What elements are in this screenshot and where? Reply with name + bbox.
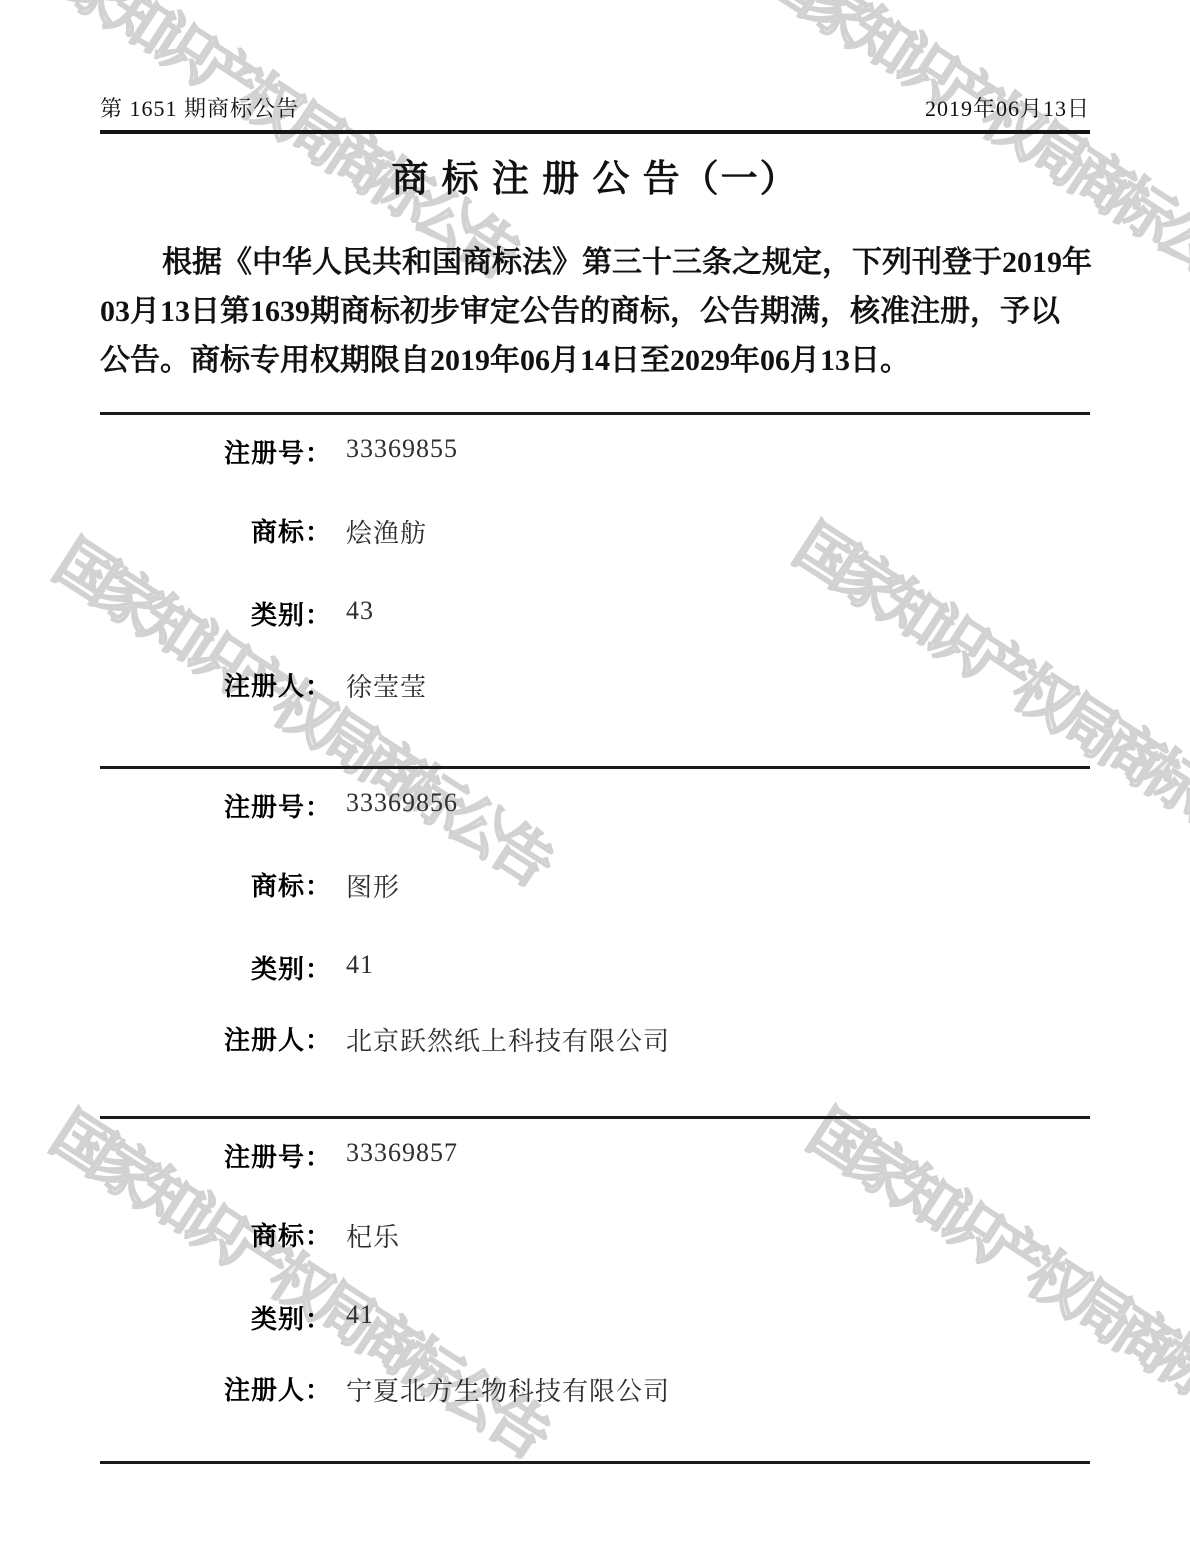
reg-no-value: 33369856 — [346, 788, 458, 818]
trademark-record: 注册号： 33369856 商标： 图形 类别： 41 注册人： 北京跃然纸上科… — [100, 767, 1090, 1115]
field-row: 注册号： 33369857 — [100, 1137, 1090, 1171]
trademark-record: 注册号： 33369855 商标： 烩渔舫 类别： 43 注册人： 徐莹莹 — [100, 413, 1090, 761]
field-row: 商标： 图形 — [100, 866, 1090, 900]
field-label-trademark: 商标： — [100, 866, 332, 903]
trademark-value: 图形 — [346, 867, 400, 904]
registrant-value: 徐莹莹 — [346, 667, 427, 704]
field-label-reg-no: 注册号： — [100, 1137, 332, 1174]
field-label-category: 类别： — [100, 1299, 332, 1336]
intro-line: 根据《中华人民共和国商标法》第三十三条之规定，下列刊登于2019年 — [100, 238, 1092, 287]
field-row: 类别： 43 — [100, 595, 1090, 629]
field-row: 注册人： 徐莹莹 — [100, 666, 1090, 700]
header-rule — [100, 130, 1090, 134]
field-label-trademark: 商标： — [100, 512, 332, 549]
field-row: 注册人： 宁夏北方生物科技有限公司 — [100, 1370, 1090, 1404]
registrant-value: 北京跃然纸上科技有限公司 — [346, 1021, 670, 1058]
trademark-value: 杞乐 — [346, 1217, 400, 1254]
field-label-category: 类别： — [100, 949, 332, 986]
field-label-reg-no: 注册号： — [100, 787, 332, 824]
gazette-issue-label: 第 1651 期商标公告 — [100, 92, 299, 123]
category-value: 41 — [346, 1300, 374, 1330]
field-row: 类别： 41 — [100, 949, 1090, 983]
field-label-registrant: 注册人： — [100, 1020, 332, 1057]
category-value: 41 — [346, 950, 374, 980]
registrant-value: 宁夏北方生物科技有限公司 — [346, 1371, 670, 1408]
field-row: 类别： 41 — [100, 1299, 1090, 1333]
trademark-value: 烩渔舫 — [346, 513, 427, 550]
gazette-date: 2019年06月13日 — [925, 92, 1090, 123]
field-row: 注册号： 33369855 — [100, 433, 1090, 467]
page-title: 商 标 注 册 公 告（一） — [0, 148, 1190, 202]
field-row: 商标： 杞乐 — [100, 1216, 1090, 1250]
category-value: 43 — [346, 596, 374, 626]
field-label-category: 类别： — [100, 595, 332, 632]
intro-paragraph: 根据《中华人民共和国商标法》第三十三条之规定，下列刊登于2019年 03月13日… — [100, 238, 1092, 385]
trademark-record: 注册号： 33369857 商标： 杞乐 类别： 41 注册人： 宁夏北方生物科… — [100, 1117, 1090, 1465]
field-label-trademark: 商标： — [100, 1216, 332, 1253]
gazette-page: 国家知识产权局商标公告 国家知识产权局商标公告 国家知识产权局商标公告 国家知识… — [0, 0, 1190, 1564]
intro-line: 公告。商标专用权期限自2019年06月14日至2029年06月13日。 — [100, 336, 1092, 385]
reg-no-value: 33369857 — [346, 1138, 458, 1168]
field-row: 注册号： 33369856 — [100, 787, 1090, 821]
reg-no-value: 33369855 — [346, 434, 458, 464]
field-label-registrant: 注册人： — [100, 666, 332, 703]
field-row: 注册人： 北京跃然纸上科技有限公司 — [100, 1020, 1090, 1054]
field-label-registrant: 注册人： — [100, 1370, 332, 1407]
intro-line: 03月13日第1639期商标初步审定公告的商标，公告期满，核准注册，予以 — [100, 287, 1092, 336]
field-row: 商标： 烩渔舫 — [100, 512, 1090, 546]
field-label-reg-no: 注册号： — [100, 433, 332, 470]
